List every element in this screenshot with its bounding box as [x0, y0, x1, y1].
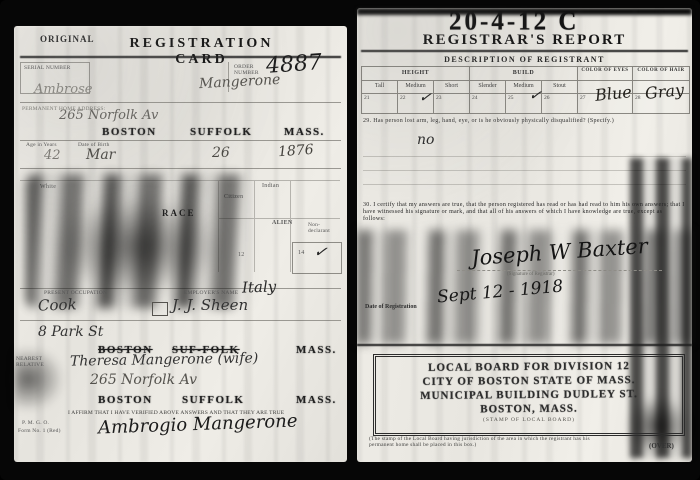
- question-29-answer: no: [417, 132, 434, 148]
- race-grid-line: [218, 218, 340, 219]
- cell-21: 21: [362, 94, 398, 113]
- race-white-label: White: [40, 184, 56, 190]
- hair-color-value: Gray: [644, 80, 685, 103]
- home-address-value: 265 Norfolk Av: [59, 108, 158, 123]
- box-12-number: 12: [238, 252, 245, 258]
- employment-rule: [20, 320, 341, 321]
- cell-23: 23: [434, 94, 470, 113]
- race-section-header: RACE: [162, 208, 196, 218]
- registrar-report-title: REGISTRAR'S REPORT: [357, 32, 692, 49]
- registrant-last-name: Mangerone: [199, 72, 281, 92]
- over-label: (OVER): [649, 442, 674, 450]
- original-label: ORIGINAL: [40, 34, 95, 44]
- build-header: BUILD: [470, 67, 578, 80]
- local-board-stamp-box: LOCAL BOARD FOR DIVISION 12 CITY OF BOST…: [373, 354, 685, 436]
- table-group-header-row: HEIGHT BUILD COLOR OF EYES COLOR OF HAIR: [362, 67, 689, 80]
- height-checkmark-icon: ✓: [418, 87, 433, 107]
- nearest-relative-label: NEAREST RELATIVE: [16, 356, 60, 368]
- build-stout: Stout: [542, 81, 578, 93]
- eye-color-value: Blue: [594, 82, 632, 105]
- box-14-number: 14: [298, 250, 305, 256]
- relative-name: Theresa Mangerone (wife): [70, 350, 259, 369]
- nondeclarant-label: Non-declarant: [308, 222, 340, 234]
- registration-card: ORIGINAL REGISTRATION CARD SERIAL NUMBER…: [14, 26, 347, 462]
- table-number-row: 21 22 23 24 25 26 27 28: [362, 93, 689, 113]
- description-subtitle: DESCRIPTION OF REGISTRANT: [357, 55, 692, 64]
- hair-header: COLOR OF HAIR: [633, 67, 689, 80]
- race-grid-line: [20, 180, 340, 181]
- height-short: Short: [434, 81, 470, 93]
- date-of-registration-label: Date of Registration: [365, 304, 417, 310]
- title-rule: [361, 50, 688, 52]
- relative-address: 265 Norfolk Av: [90, 372, 197, 388]
- mass-stamp: MASS.: [284, 126, 325, 138]
- suffolk-stamp: SUFFOLK: [182, 394, 244, 406]
- section-rule: [20, 168, 341, 169]
- mass-stamp: MASS.: [296, 344, 337, 356]
- mass-stamp: MASS.: [296, 394, 337, 406]
- employment-address: 8 Park St: [38, 324, 103, 340]
- form-agency-text: P. M. G. O.: [22, 420, 49, 426]
- form-number-text: Form No. 1 (Red): [18, 428, 61, 434]
- board-section-rule: [357, 344, 692, 346]
- build-slender: Slender: [470, 81, 506, 93]
- stamp-instruction-text: (The stamp of the Local Board having jur…: [369, 436, 604, 448]
- registrar-report: 20-4-12 C REGISTRAR'S REPORT DESCRIPTION…: [357, 8, 692, 462]
- suffolk-stamp: SUFFOLK: [190, 126, 252, 138]
- birth-day: 26: [212, 145, 230, 161]
- serial-number-label: SERIAL NUMBER: [24, 65, 86, 71]
- table-option-row: Tall Medium Short Slender Medium Stout: [362, 80, 689, 93]
- registrar-signature: Joseph W Baxter: [470, 234, 648, 270]
- citizenship-country: Italy: [242, 277, 277, 296]
- description-table: HEIGHT BUILD COLOR OF EYES COLOR OF HAIR…: [361, 66, 690, 114]
- scanned-document: ORIGINAL REGISTRATION CARD SERIAL NUMBER…: [0, 0, 700, 480]
- occupation-rule: [20, 288, 341, 289]
- employer-box-mark: [152, 302, 168, 316]
- race-grid-line: [254, 180, 255, 272]
- checkmark-icon: ✓: [313, 241, 329, 262]
- race-indian-label: Indian: [262, 183, 279, 189]
- board-stamp-line: BOSTON, MASS.: [376, 401, 682, 418]
- height-tall: Tall: [362, 81, 398, 93]
- scan-smudge: [54, 196, 224, 296]
- board-stamp-caption: (STAMP OF LOCAL BOARD): [376, 417, 682, 423]
- birth-year: 1876: [277, 142, 314, 160]
- age-value: 42: [44, 148, 61, 163]
- citizen-label: Citizen: [224, 194, 243, 200]
- eyes-header: COLOR OF EYES: [578, 67, 633, 80]
- cell-24: 24: [470, 94, 506, 113]
- race-grid-line: [218, 180, 219, 272]
- alien-label: ALIEN: [272, 220, 293, 226]
- build-checkmark-icon: ✓: [528, 85, 543, 105]
- employer-value: J. J. Sheen: [172, 296, 248, 314]
- boston-stamp: BOSTON: [102, 126, 157, 138]
- birth-month: Mar: [86, 147, 115, 163]
- date-of-registration-value: Sept 12 - 1918: [436, 277, 564, 308]
- question-29-text: 29. Has person lost arm, leg, hand, eye,…: [363, 118, 685, 125]
- cell-26: 26: [542, 94, 578, 113]
- registrant-first-name: Ambrose: [34, 82, 92, 97]
- age-row-rule: [20, 140, 341, 141]
- question-30-text: 30. I certify that my answers are true, …: [363, 202, 685, 223]
- name-underline: [20, 102, 341, 103]
- occupation-value: Cook: [38, 295, 77, 314]
- height-header: HEIGHT: [362, 67, 470, 80]
- boston-stamp: BOSTON: [98, 394, 153, 406]
- signature-caption: (Signature of Registrar): [507, 272, 555, 277]
- answer-ruled-lines: [363, 146, 686, 198]
- signature-line: [457, 270, 662, 271]
- race-grid-line: [290, 180, 291, 272]
